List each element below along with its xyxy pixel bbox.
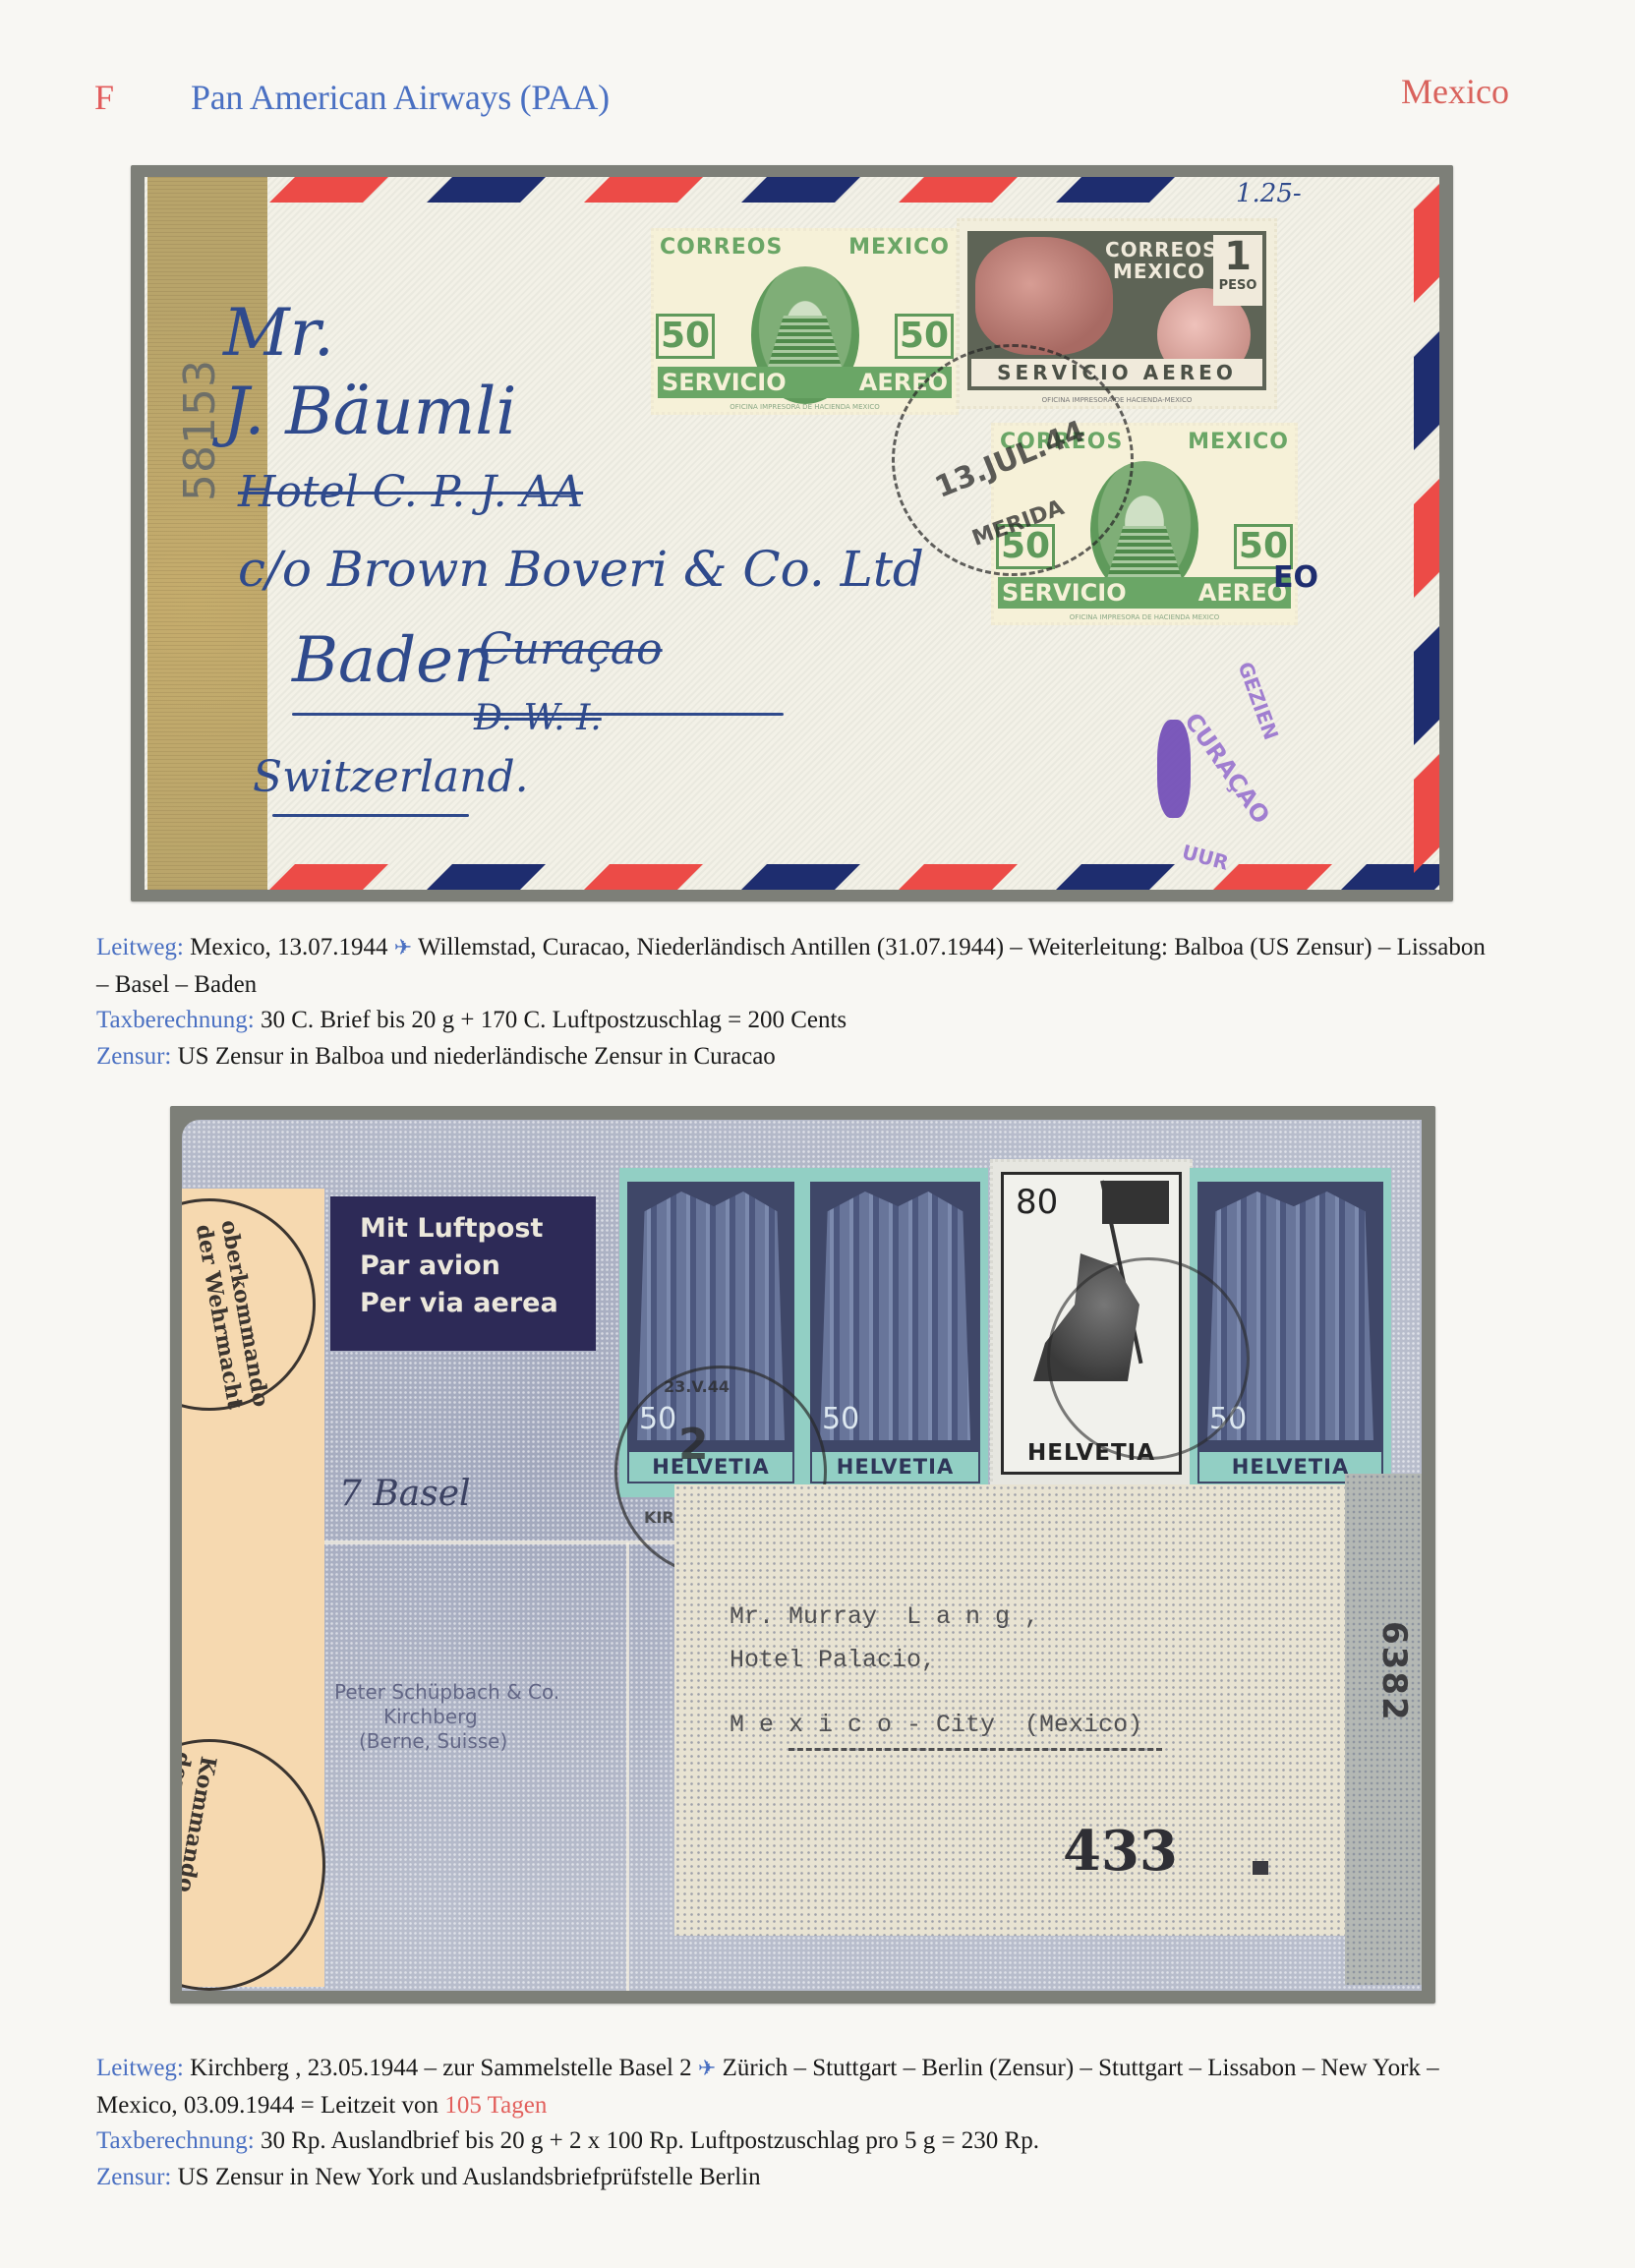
transit-duration: 105 Tagen bbox=[444, 2092, 547, 2119]
tax-line: Taxberechnung: 30 C. Brief bis 20 g + 17… bbox=[96, 1003, 1492, 1039]
route-origin: Mexico, 13.07.1944 bbox=[190, 934, 387, 960]
tax-text: 30 C. Brief bis 20 g + 170 C. Luftpostzu… bbox=[261, 1007, 847, 1033]
address-salutation: Mr. bbox=[223, 295, 334, 371]
section-letter: F bbox=[94, 77, 114, 118]
postmark-date: 23.V.44 bbox=[664, 1377, 730, 1396]
page-title: Pan American Airways (PAA) bbox=[191, 77, 610, 118]
portrait-icon bbox=[975, 237, 1113, 355]
address-struck-hotel: Hotel C. P. J. AA bbox=[238, 467, 583, 517]
postmark-number: 2 bbox=[678, 1420, 709, 1470]
country-heading: Mexico bbox=[1401, 71, 1509, 112]
censor-label: Zensur: bbox=[96, 1043, 171, 1070]
stamp-value: 50 bbox=[656, 314, 715, 359]
censor-tape: oberkommando der Wehrmacht Kommando der … bbox=[182, 1189, 324, 1987]
address-line-2: Hotel Palacio, bbox=[730, 1646, 936, 1674]
envelope-paper: oberkommando der Wehrmacht Kommando der … bbox=[182, 1120, 1422, 1991]
tax-label: Taxberechnung: bbox=[96, 1007, 255, 1033]
sender-region: (Berne, Suisse) bbox=[359, 1729, 507, 1753]
address-name: J. Bäumli bbox=[223, 374, 516, 449]
cover-switzerland-envelope: oberkommando der Wehrmacht Kommando der … bbox=[170, 1106, 1435, 2004]
airplane-icon: ✈ bbox=[698, 2057, 716, 2081]
airmail-label: Mit Luftpost Par avion Per via aerea bbox=[330, 1196, 596, 1351]
censor-text: US Zensur in Balboa und niederländische … bbox=[178, 1043, 776, 1070]
tax-label: Taxberechnung: bbox=[96, 2127, 255, 2154]
address-city: Baden bbox=[292, 624, 494, 697]
flag-icon bbox=[1102, 1181, 1169, 1224]
censor-tape: 58153 bbox=[147, 177, 267, 890]
cover-mexico-envelope: 58153 1.25- CORREOSMEXICO 50 50 SERVICIO… bbox=[131, 165, 1453, 901]
censor-text: US Zensur in New York und Auslandsbriefp… bbox=[178, 2164, 761, 2190]
address-line-3: M e x i c o - City (Mexico) bbox=[730, 1711, 1142, 1739]
registration-number: 433 bbox=[1063, 1819, 1178, 1884]
address-line-1: Mr. Murray L a n g , bbox=[730, 1602, 1039, 1631]
censor-line: Zensur: US Zensur in Balboa und niederlä… bbox=[96, 1039, 1492, 1076]
stamp-helvetia-50: 50 HELVETIA bbox=[802, 1168, 988, 1497]
caption-cover-2: Leitweg: Kirchberg , 23.05.1944 – zur Sa… bbox=[96, 2051, 1492, 2195]
address-struck-region: D. W. I. bbox=[474, 698, 602, 738]
postmark-kirchberg bbox=[1047, 1257, 1250, 1460]
censor-mark-bottom: UUR bbox=[1180, 840, 1231, 875]
tax-text: 30 Rp. Auslandbrief bis 20 g + 2 x 100 R… bbox=[261, 2127, 1039, 2154]
route-label: Leitweg: bbox=[96, 2055, 184, 2081]
address-struck-city: Curaçao bbox=[479, 624, 663, 674]
censor-label: Zensur: bbox=[96, 2164, 171, 2190]
stamp-value: 50 bbox=[895, 314, 954, 359]
censor-number: 6382 bbox=[1374, 1621, 1414, 1722]
address-company: c/o Brown Boveri & Co. Ltd bbox=[238, 541, 924, 598]
airplane-icon: ✈ bbox=[394, 936, 412, 960]
censor-line: Zensur: US Zensur in New York und Auslan… bbox=[96, 2160, 1492, 2196]
stamp-mexico-50c: CORREOSMEXICO 50 50 SERVICIOAEREO OFICIN… bbox=[651, 228, 959, 415]
censor-mark-gezien: GEZIEN bbox=[1233, 659, 1283, 743]
route-line: Leitweg: Mexico, 13.07.1944 ✈ Willemstad… bbox=[96, 930, 1492, 1003]
caption-cover-1: Leitweg: Mexico, 13.07.1944 ✈ Willemstad… bbox=[96, 930, 1492, 1075]
tax-line: Taxberechnung: 30 Rp. Auslandbrief bis 2… bbox=[96, 2123, 1492, 2160]
envelope-paper: 58153 1.25- CORREOSMEXICO 50 50 SERVICIO… bbox=[145, 177, 1439, 890]
rate-annotation: 1.25- bbox=[1236, 179, 1302, 208]
sender-name: Peter Schüpbach & Co. bbox=[334, 1680, 559, 1704]
printed-fragment: EO bbox=[1273, 560, 1318, 595]
address-underline bbox=[788, 1748, 1162, 1751]
route-origin: Kirchberg , 23.05.1944 – zur Sammelstell… bbox=[190, 2055, 692, 2081]
censor-tape-right: 6382 bbox=[1345, 1474, 1422, 1985]
route-line: Leitweg: Kirchberg , 23.05.1944 – zur Sa… bbox=[96, 2051, 1492, 2123]
address-window: Mr. Murray L a n g , Hotel Palacio, M e … bbox=[674, 1484, 1345, 1936]
route-label: Leitweg: bbox=[96, 934, 184, 960]
censor-number: 58153 bbox=[175, 359, 225, 501]
sender-town: Kirchberg bbox=[383, 1705, 478, 1728]
pencil-note: 7 Basel bbox=[339, 1474, 471, 1514]
address-country: Switzerland. bbox=[253, 752, 529, 802]
